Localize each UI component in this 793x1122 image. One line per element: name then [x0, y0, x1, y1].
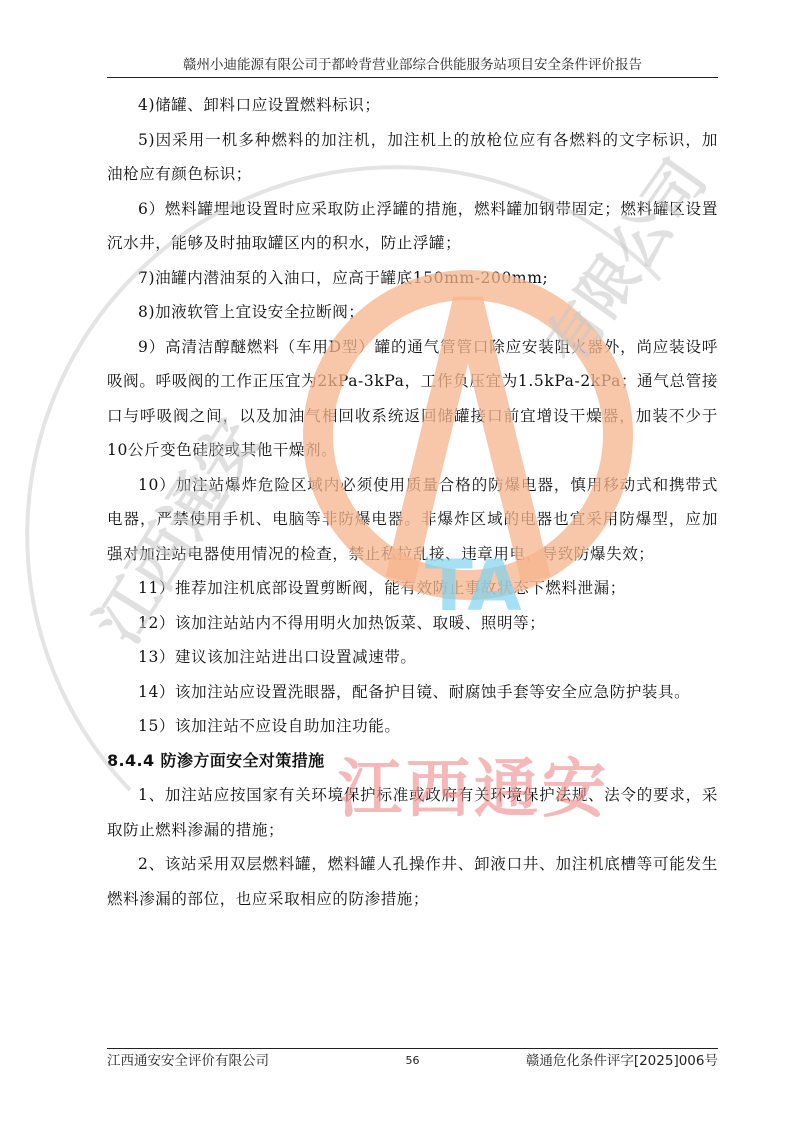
item-11: 11）推荐加注机底部设置剪断阀，能有效防止事故状态下燃料泄漏； [107, 571, 718, 606]
item-4: 4)储罐、卸料口应设置燃料标识； [107, 88, 718, 123]
item-13: 13）建议该加注站进出口设置减速带。 [107, 640, 718, 675]
header-title: 赣州小迪能源有限公司于都岭背营业部综合供能服务站项目安全条件评价报告 [183, 57, 642, 73]
item-8: 8)加液软管上宜设安全拉断阀； [107, 295, 718, 330]
seepage-item-2: 2、该站采用双层燃料罐，燃料罐人孔操作井、卸液口井、加注机底槽等可能发生燃料渗漏… [107, 847, 718, 916]
item-6: 6）燃料罐埋地设置时应采取防止浮罐的措施，燃料罐加钢带固定；燃料罐区设置沉水井，… [107, 192, 718, 261]
document-body: 4)储罐、卸料口应设置燃料标识； 5)因采用一机多种燃料的加注机，加注机上的放枪… [107, 88, 718, 916]
item-7: 7)油罐内潜油泵的入油口，应高于罐底150mm-200mm; [107, 261, 718, 296]
item-5: 5)因采用一机多种燃料的加注机，加注机上的放枪位应有各燃料的文字标识，加油枪应有… [107, 123, 718, 192]
section-heading-8-4-4: 8.4.4 防渗方面安全对策措施 [107, 744, 718, 779]
item-9: 9）高清洁醇醚燃料（车用D型）罐的通气管管口除应安装阻火器外，尚应装设呼吸阀。呼… [107, 330, 718, 468]
footer-doc-number: 赣通危化条件评字[2025]006号 [526, 1051, 718, 1071]
page-header: 赣州小迪能源有限公司于都岭背营业部综合供能服务站项目安全条件评价报告 [107, 55, 718, 78]
item-14: 14）该加注站应设置洗眼器，配备护目镜、耐腐蚀手套等安全应急防护装具。 [107, 675, 718, 710]
item-15: 15）该加注站不应设自助加注功能。 [107, 709, 718, 744]
item-12: 12）该加注站站内不得用明火加热饭菜、取暖、照明等； [107, 606, 718, 641]
page-footer: 江西通安安全评价有限公司 56 赣通危化条件评字[2025]006号 [107, 1048, 718, 1071]
item-10: 10）加注站爆炸危险区域内必须使用质量合格的防爆电器，慎用移动式和携带式电器，严… [107, 468, 718, 572]
seepage-item-1: 1、加注站应按国家有关环境保护标准或政府有关环境保护法规、法令的要求，采取防止燃… [107, 778, 718, 847]
